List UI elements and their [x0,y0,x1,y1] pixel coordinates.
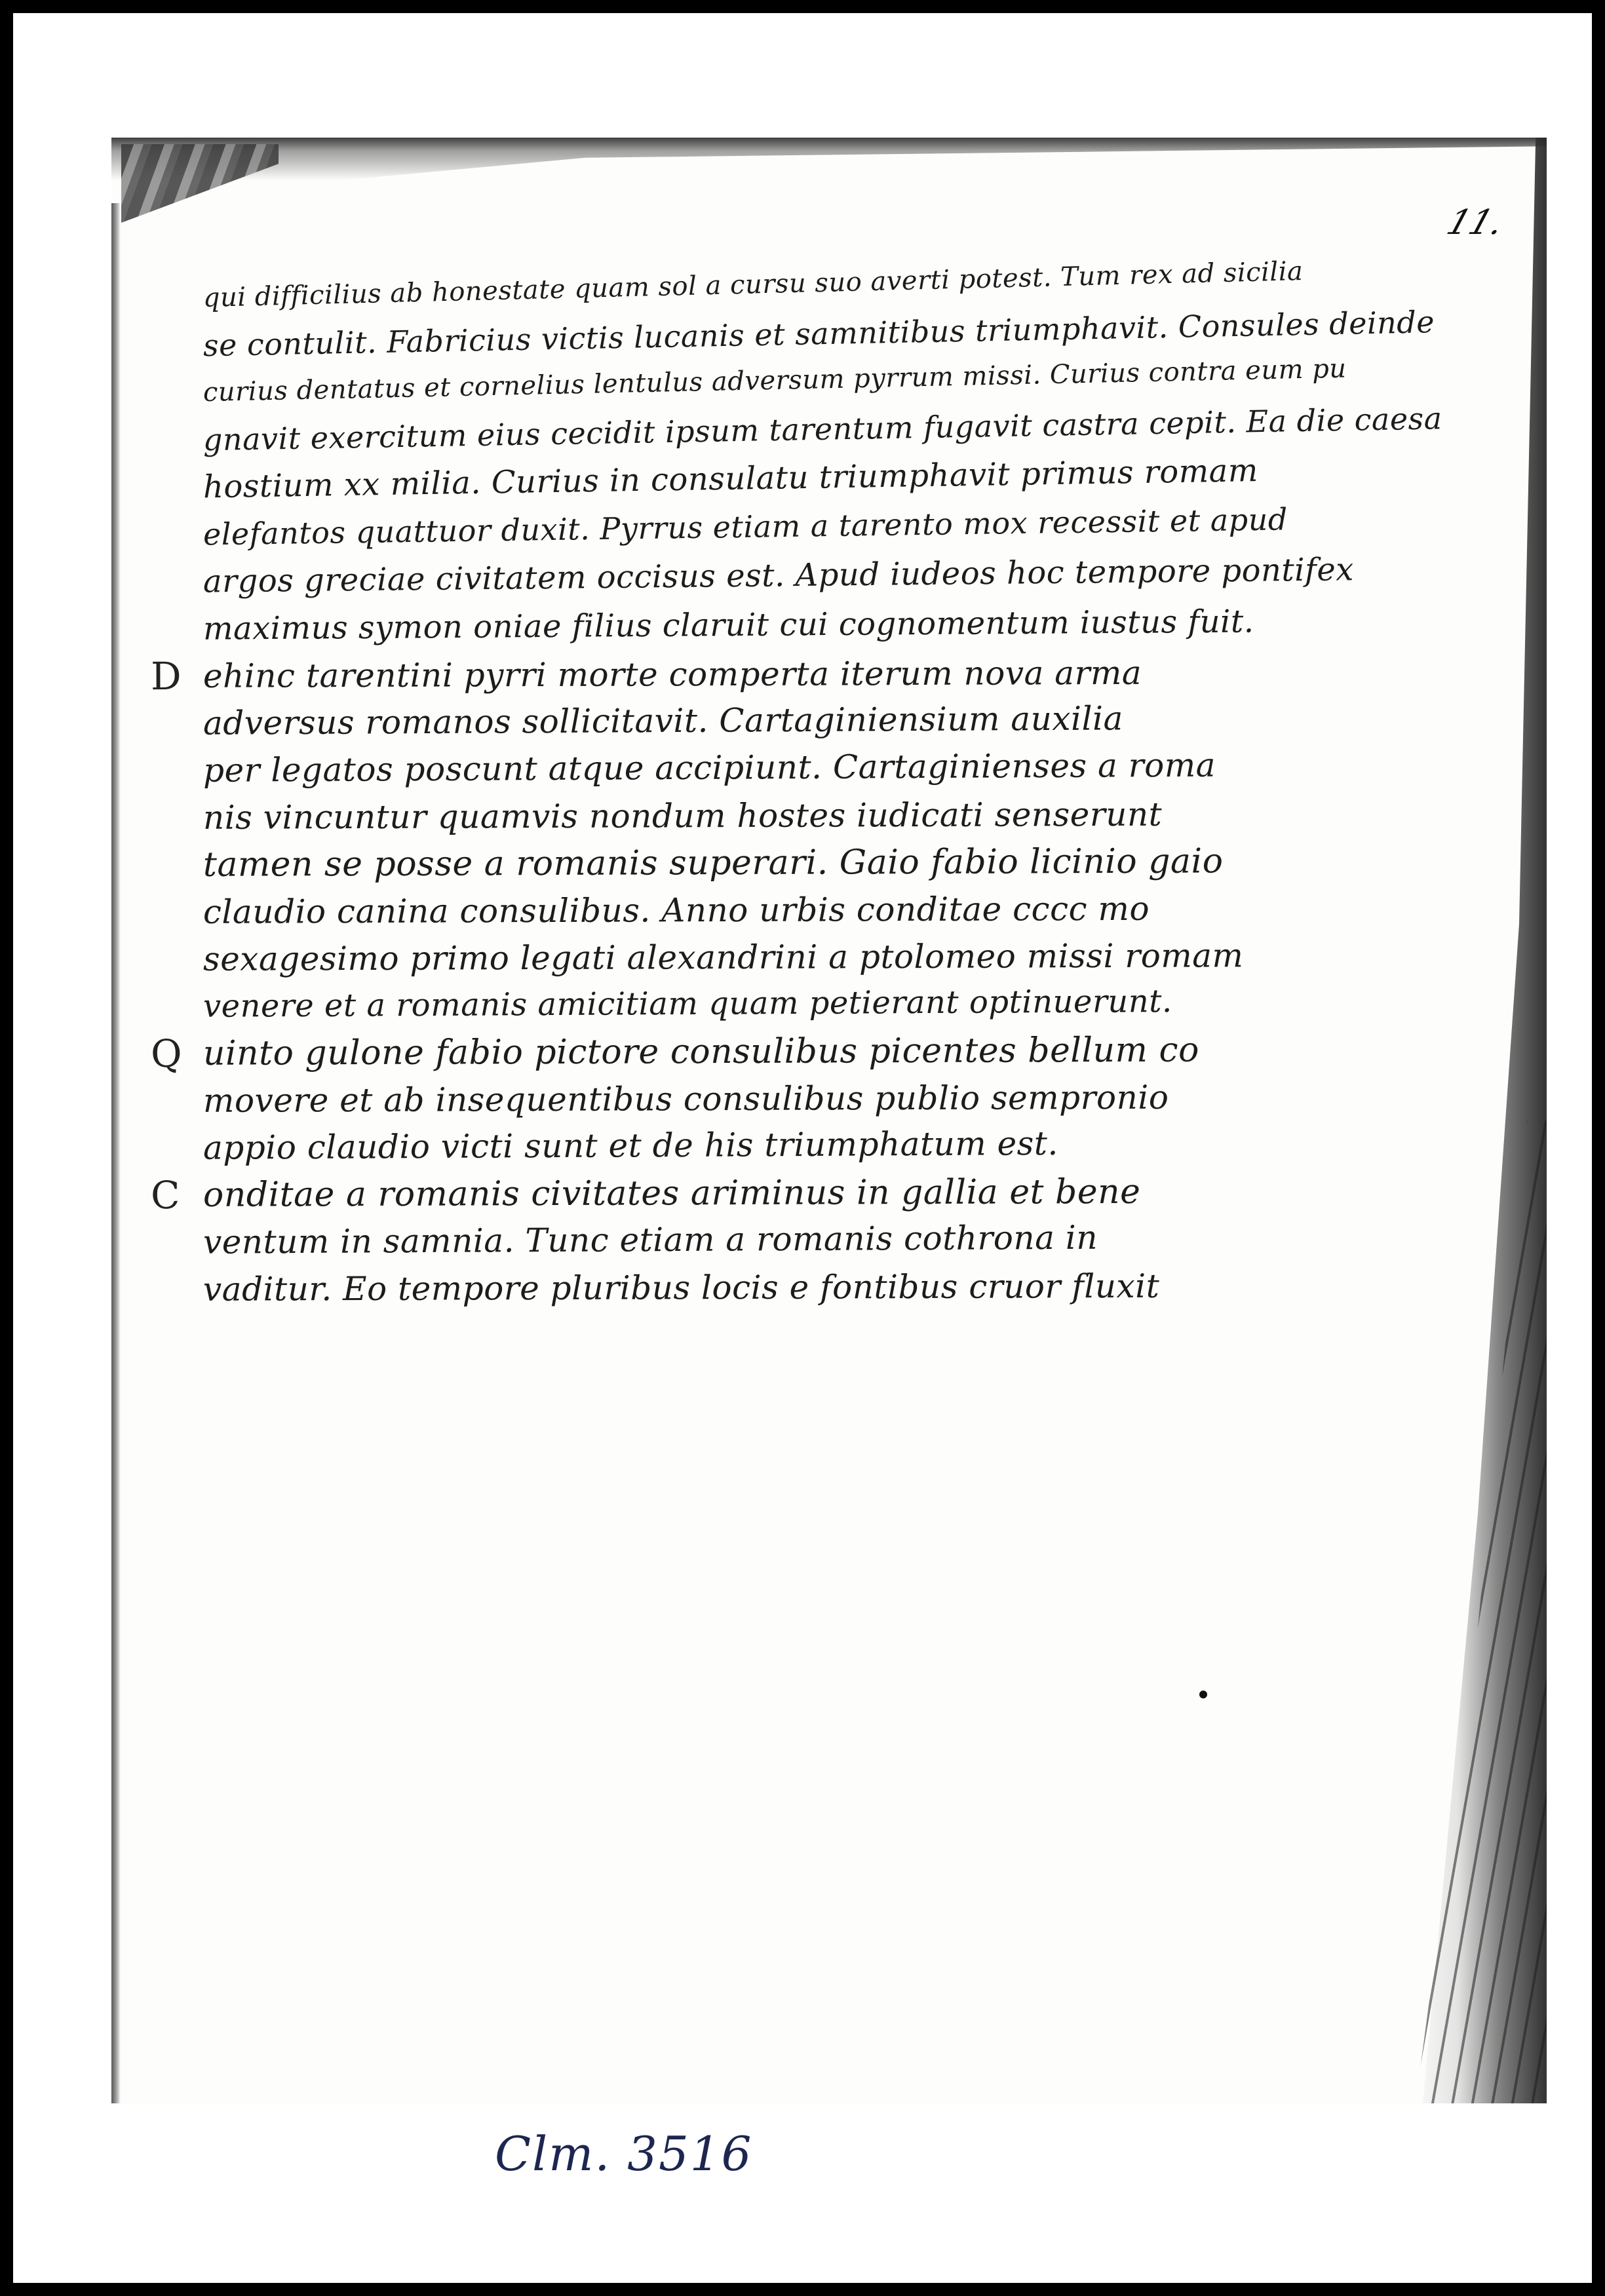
line-text: movere et ab insequentibus consulibus pu… [177,1074,1169,1124]
scan-sheet: 11. qui difficilius ab honestate quam so… [13,13,1592,2283]
manuscript-line: maximus symon oniae filius claruit cui c… [177,597,1370,653]
manuscript-line: movere et ab insequentibus consulibus pu… [177,1073,1370,1124]
manuscript-line: venere et a romanis amicitiam quam petie… [177,976,1370,1030]
binding-shadow-top [111,138,1547,210]
line-text: onditae a romanis civitates ariminus in … [177,1168,1141,1219]
manuscript-line: per legatos poscunt atque accipiunt. Car… [177,740,1370,794]
manuscript-line: Dehinc tarentini pyrri morte comperta it… [177,649,1370,700]
manuscript-line: nis vincuntur quamvis nondum hostes iudi… [177,790,1370,841]
page-edge-left [111,203,121,2103]
line-text: uinto gulone fabio pictore consulibus pi… [177,1027,1199,1077]
initial-letter: D [151,653,182,700]
line-text: venere et a romanis amicitiam quam petie… [177,978,1172,1030]
line-text: claudio canina consulibus. Anno urbis co… [177,885,1150,936]
manuscript-line: adversus romanos sollicitavit. Cartagini… [177,693,1370,747]
ink-dot-mark [1199,1691,1207,1698]
line-text: appio claudio victi sunt et de his trium… [177,1120,1058,1172]
line-text: nis vincuntur quamvis nondum hostes iudi… [177,791,1162,841]
manuscript-photo: 11. qui difficilius ab honestate quam so… [111,138,1547,2103]
manuscript-line: ventum in samnia. Tunc etiam a romanis c… [177,1212,1370,1266]
manuscript-line: tamen se posse a romanis superari. Gaio … [177,837,1370,889]
page-edges-stack [1416,1120,1547,2103]
line-text: maximus symon oniae filius claruit cui c… [177,598,1254,653]
line-text: vaditur. Eo tempore pluribus locis e fon… [177,1263,1159,1313]
line-text: tamen se posse a romanis superari. Gaio … [177,837,1224,889]
manuscript-line: vaditur. Eo tempore pluribus locis e fon… [177,1262,1370,1313]
initial-letter: C [151,1172,180,1219]
line-text: ventum in samnia. Tunc etiam a romanis c… [177,1214,1098,1266]
line-text: adversus romanos sollicitavit. Cartagini… [177,695,1123,747]
line-text: ehinc tarentini pyrri morte comperta ite… [177,649,1142,700]
manuscript-text-block: qui difficilius ab honestate quam sol a … [177,275,1370,1313]
folio-number: 11. [1442,203,1509,242]
shelfmark-annotation: Clm. 3516 [495,2126,752,2181]
manuscript-line: Conditae a romanis civitates ariminus in… [177,1168,1370,1219]
initial-letter: Q [151,1030,182,1077]
line-text: per legatos poscunt atque accipiunt. Car… [177,742,1216,794]
manuscript-line: Quinto gulone fabio pictore consulibus p… [177,1026,1370,1077]
manuscript-line: claudio canina consulibus. Anno urbis co… [177,885,1370,936]
manuscript-line: appio claudio victi sunt et de his trium… [177,1118,1370,1172]
manuscript-line: sexagesimo primo legati alexandrini a pt… [177,932,1370,983]
line-text: sexagesimo primo legati alexandrini a pt… [177,932,1244,983]
